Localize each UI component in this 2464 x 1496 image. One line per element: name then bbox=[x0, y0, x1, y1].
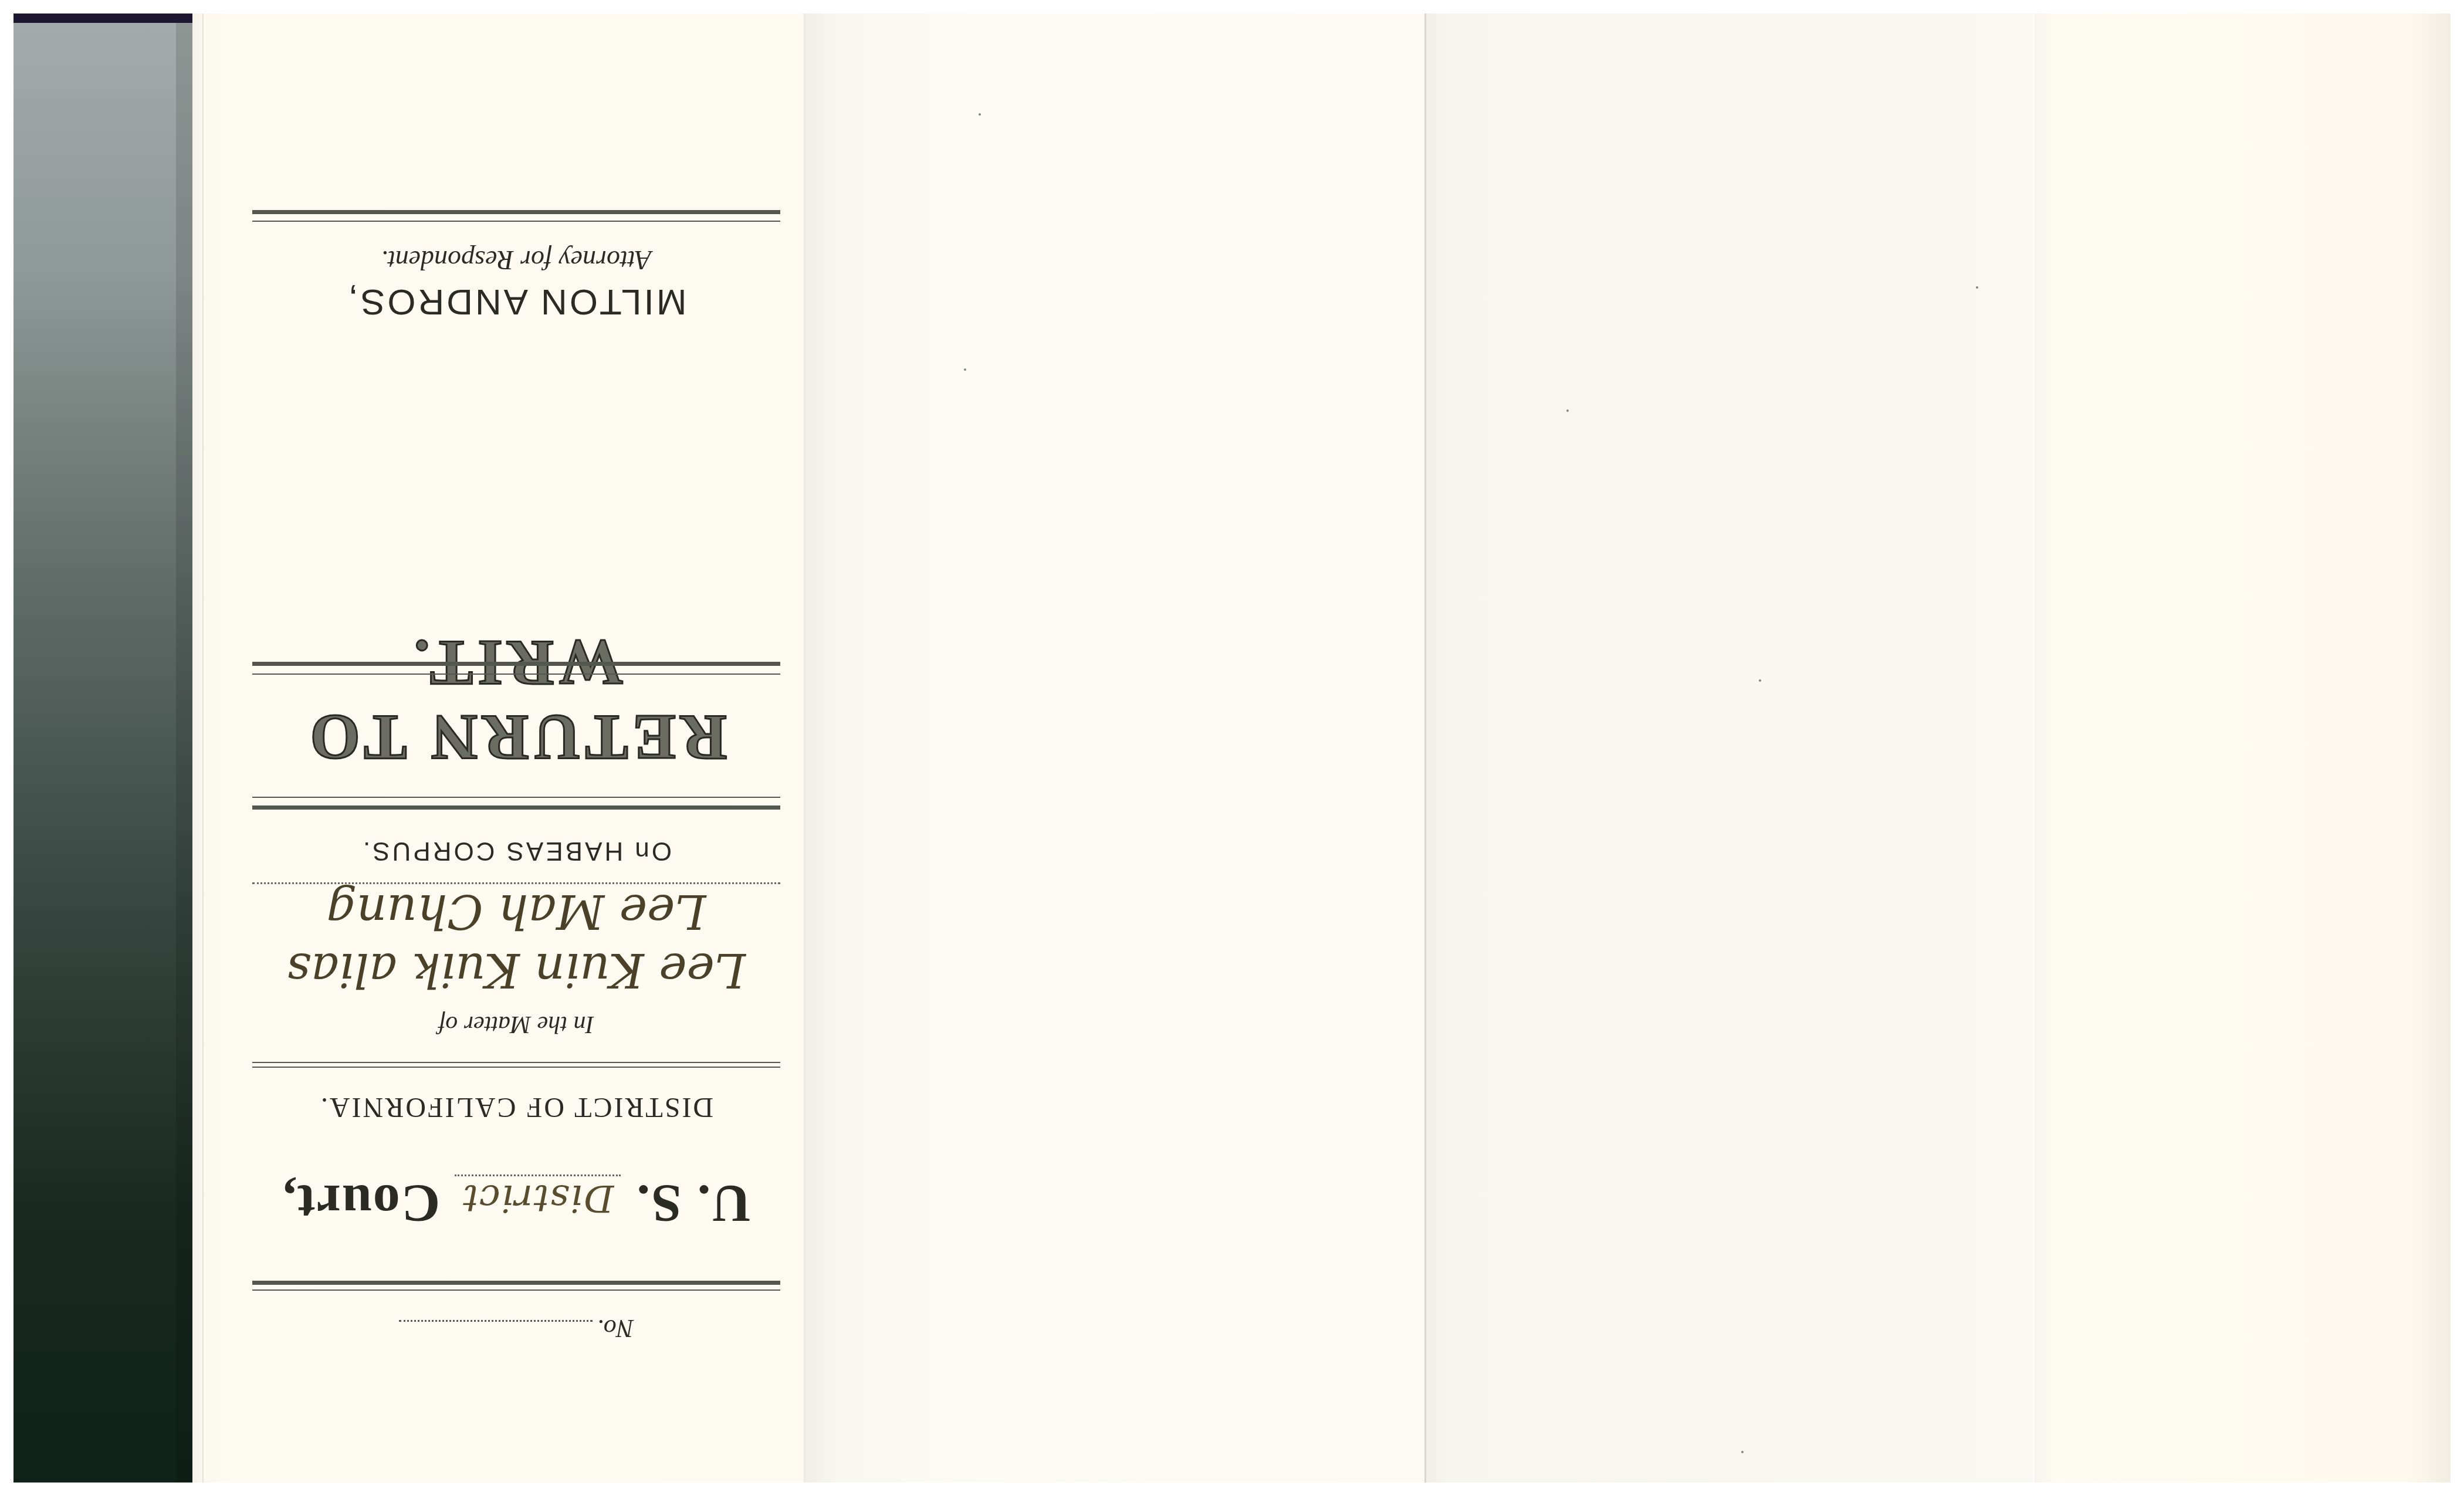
paper-speck bbox=[979, 113, 981, 116]
fold-line-1 bbox=[804, 13, 805, 1483]
attorney-name: MILTON ANDROS, bbox=[252, 281, 780, 323]
court-heading: U. S. District Court, bbox=[252, 1173, 780, 1235]
party-name-handwritten-2: Lee Mah Chung bbox=[252, 882, 780, 939]
paper-speck bbox=[964, 368, 966, 371]
court-handwritten-type: District bbox=[455, 1175, 621, 1220]
blank-panel-3 bbox=[1424, 13, 2033, 1483]
rule-thick bbox=[252, 805, 780, 810]
scanner-background bbox=[13, 13, 192, 1483]
fold-line-3 bbox=[2033, 13, 2035, 1483]
blank-panel-4 bbox=[2033, 13, 2451, 1483]
proceeding-type: On HABEAS CORPUS. bbox=[252, 836, 780, 865]
document-title: RETURN TO WRIT. bbox=[252, 625, 780, 774]
rule-thin bbox=[252, 221, 780, 222]
rule-thin bbox=[252, 1067, 780, 1068]
attorney-role: Attorney for Respondent. bbox=[252, 245, 780, 276]
rule-thick bbox=[252, 662, 780, 666]
district-name: DISTRICT OF CALIFORNIA. bbox=[252, 1091, 780, 1123]
matter-intro: In the Matter of bbox=[252, 1010, 780, 1038]
paper-speck bbox=[1741, 1451, 1744, 1453]
fold-line-2 bbox=[1424, 13, 1426, 1483]
scanner-edge-band bbox=[13, 13, 192, 23]
rule-thin bbox=[252, 1289, 780, 1291]
case-number-label: No. bbox=[597, 1314, 634, 1343]
paper-speck bbox=[1976, 286, 1978, 289]
rule-thin bbox=[252, 1062, 780, 1063]
party-name-handwritten-1: Lee Kuin Kuik alias bbox=[252, 943, 780, 997]
court-prefix: U. S. bbox=[635, 1174, 751, 1234]
blank-panel-2 bbox=[804, 13, 1424, 1483]
paper-speck bbox=[1759, 679, 1761, 682]
cover-text-block: No. U. S. District Court, DISTRICT OF CA… bbox=[252, 194, 780, 1343]
paper-shadow bbox=[176, 23, 192, 1483]
case-number-line: No. bbox=[252, 1314, 780, 1343]
court-suffix: Court, bbox=[282, 1174, 440, 1234]
case-number-blank bbox=[399, 1320, 593, 1322]
rule-thin bbox=[252, 797, 780, 798]
paper-speck bbox=[1566, 409, 1569, 412]
rule-thin bbox=[252, 673, 780, 675]
rule-thick bbox=[252, 210, 780, 214]
rule-thick bbox=[252, 1281, 780, 1285]
